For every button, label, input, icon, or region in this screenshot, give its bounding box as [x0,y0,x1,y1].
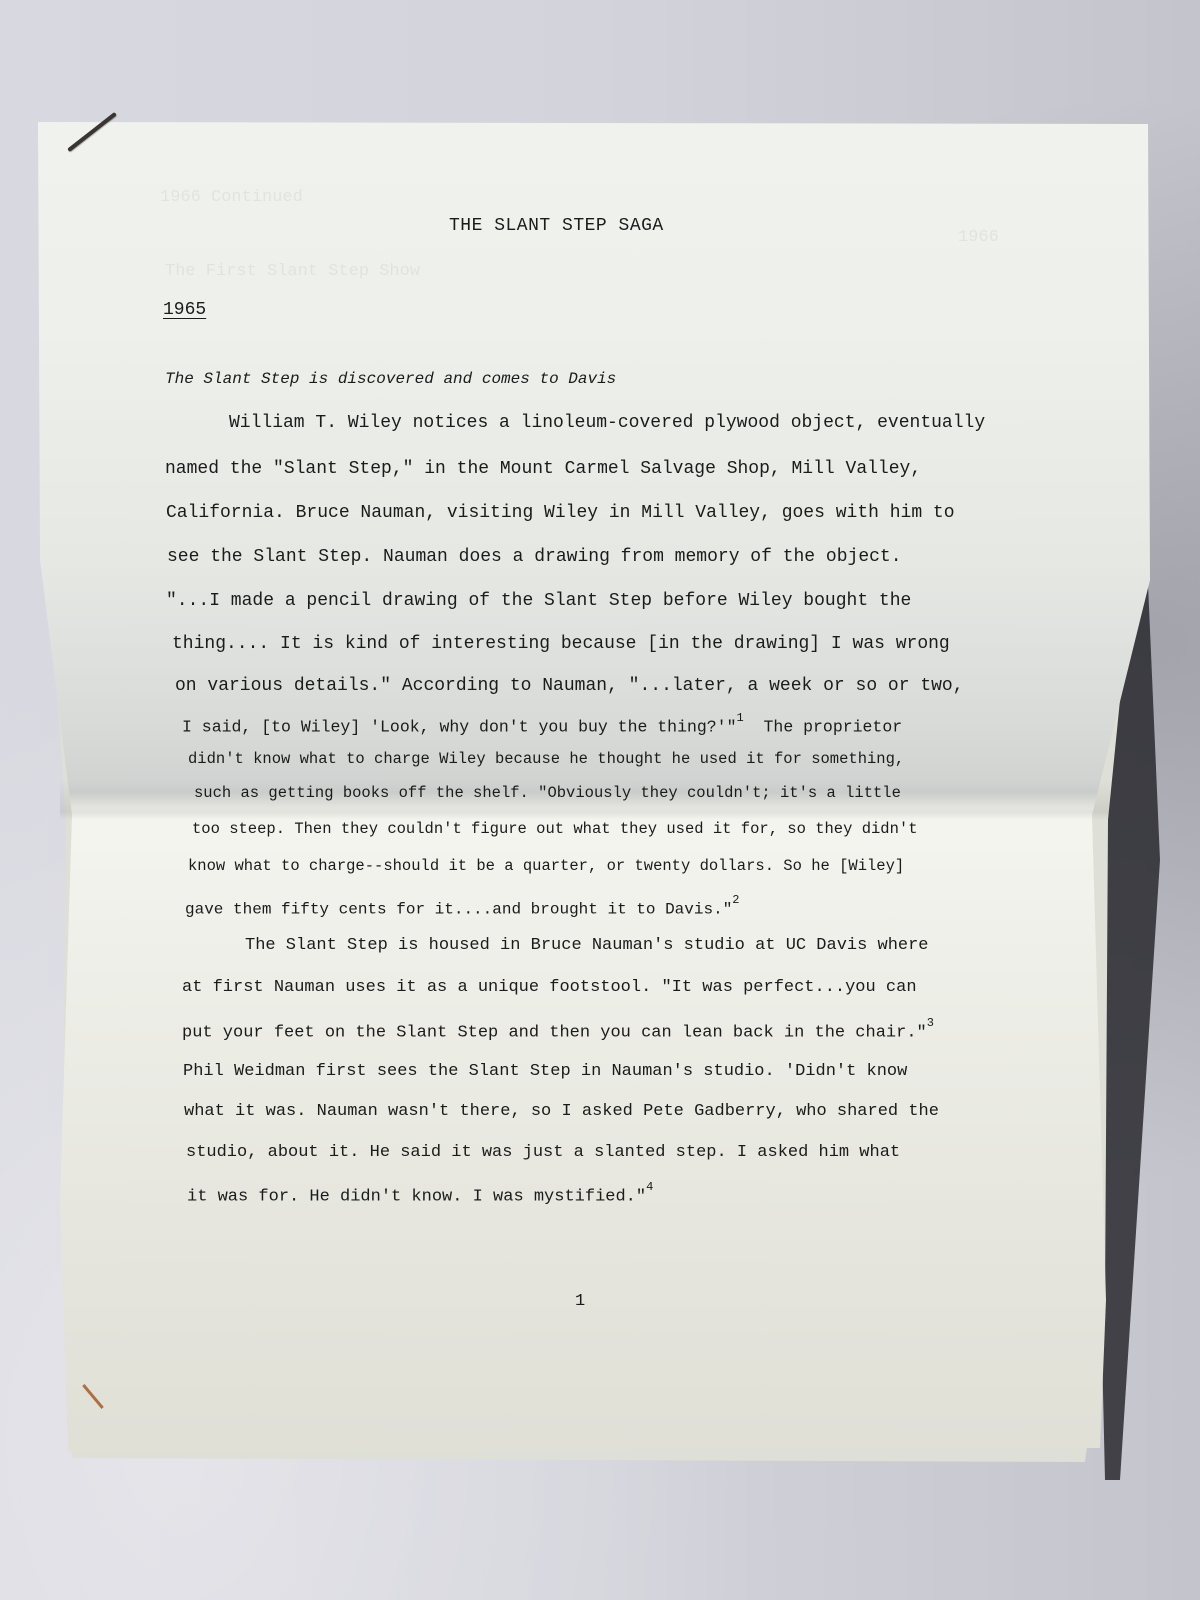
body-line: it was for. He didn't know. I was mystif… [187,1184,653,1207]
body-line: see the Slant Step. Nauman does a drawin… [167,547,902,567]
body-line: William T. Wiley notices a linoleum-cove… [229,413,985,433]
body-line-text: The proprietor [764,718,903,737]
body-line: "...I made a pencil drawing of the Slant… [166,591,911,611]
section-subheading: The Slant Step is discovered and comes t… [165,370,616,388]
body-line: such as getting books off the shelf. "Ob… [194,784,901,802]
body-line: put your feet on the Slant Step and then… [182,1020,934,1043]
body-line: what it was. Nauman wasn't there, so I a… [184,1102,939,1121]
body-line: California. Bruce Nauman, visiting Wiley… [166,503,955,523]
footnote-ref: 3 [927,1016,934,1030]
footnote-ref: 1 [737,711,744,725]
body-line: on various details." According to Nauman… [175,676,964,696]
footnote-ref: 4 [646,1180,653,1194]
body-line: at first Nauman uses it as a unique foot… [182,978,917,997]
bleed-through-subheading: The First Slant Step Show [165,262,420,281]
body-line: The Slant Step is housed in Bruce Nauman… [245,936,929,955]
body-line: gave them fifty cents for it....and brou… [185,897,740,918]
bleed-through-year: 1966 [958,228,999,247]
body-line: I said, [to Wiley] 'Look, why don't you … [182,715,902,737]
body-line-text: gave them fifty cents for it....and brou… [185,900,732,918]
footnote-ref: 2 [732,893,739,907]
body-line: Phil Weidman first sees the Slant Step i… [183,1062,907,1081]
year-heading: 1965 [163,300,206,320]
body-line-text: I said, [to Wiley] 'Look, why don't you … [182,718,737,737]
body-line-text: it was for. He didn't know. I was mystif… [187,1188,646,1207]
body-line: studio, about it. He said it was just a … [186,1143,900,1162]
body-line-text: put your feet on the Slant Step and then… [182,1024,927,1043]
body-line: thing.... It is kind of interesting beca… [172,634,950,654]
body-line: too steep. Then they couldn't figure out… [192,820,918,838]
document-title: THE SLANT STEP SAGA [449,216,664,236]
page-number: 1 [575,1292,585,1311]
bleed-through-heading: 1966 Continued [160,188,303,207]
body-line: didn't know what to charge Wiley because… [188,750,904,768]
body-line: know what to charge--should it be a quar… [188,857,904,875]
body-line: named the "Slant Step," in the Mount Car… [165,459,921,479]
